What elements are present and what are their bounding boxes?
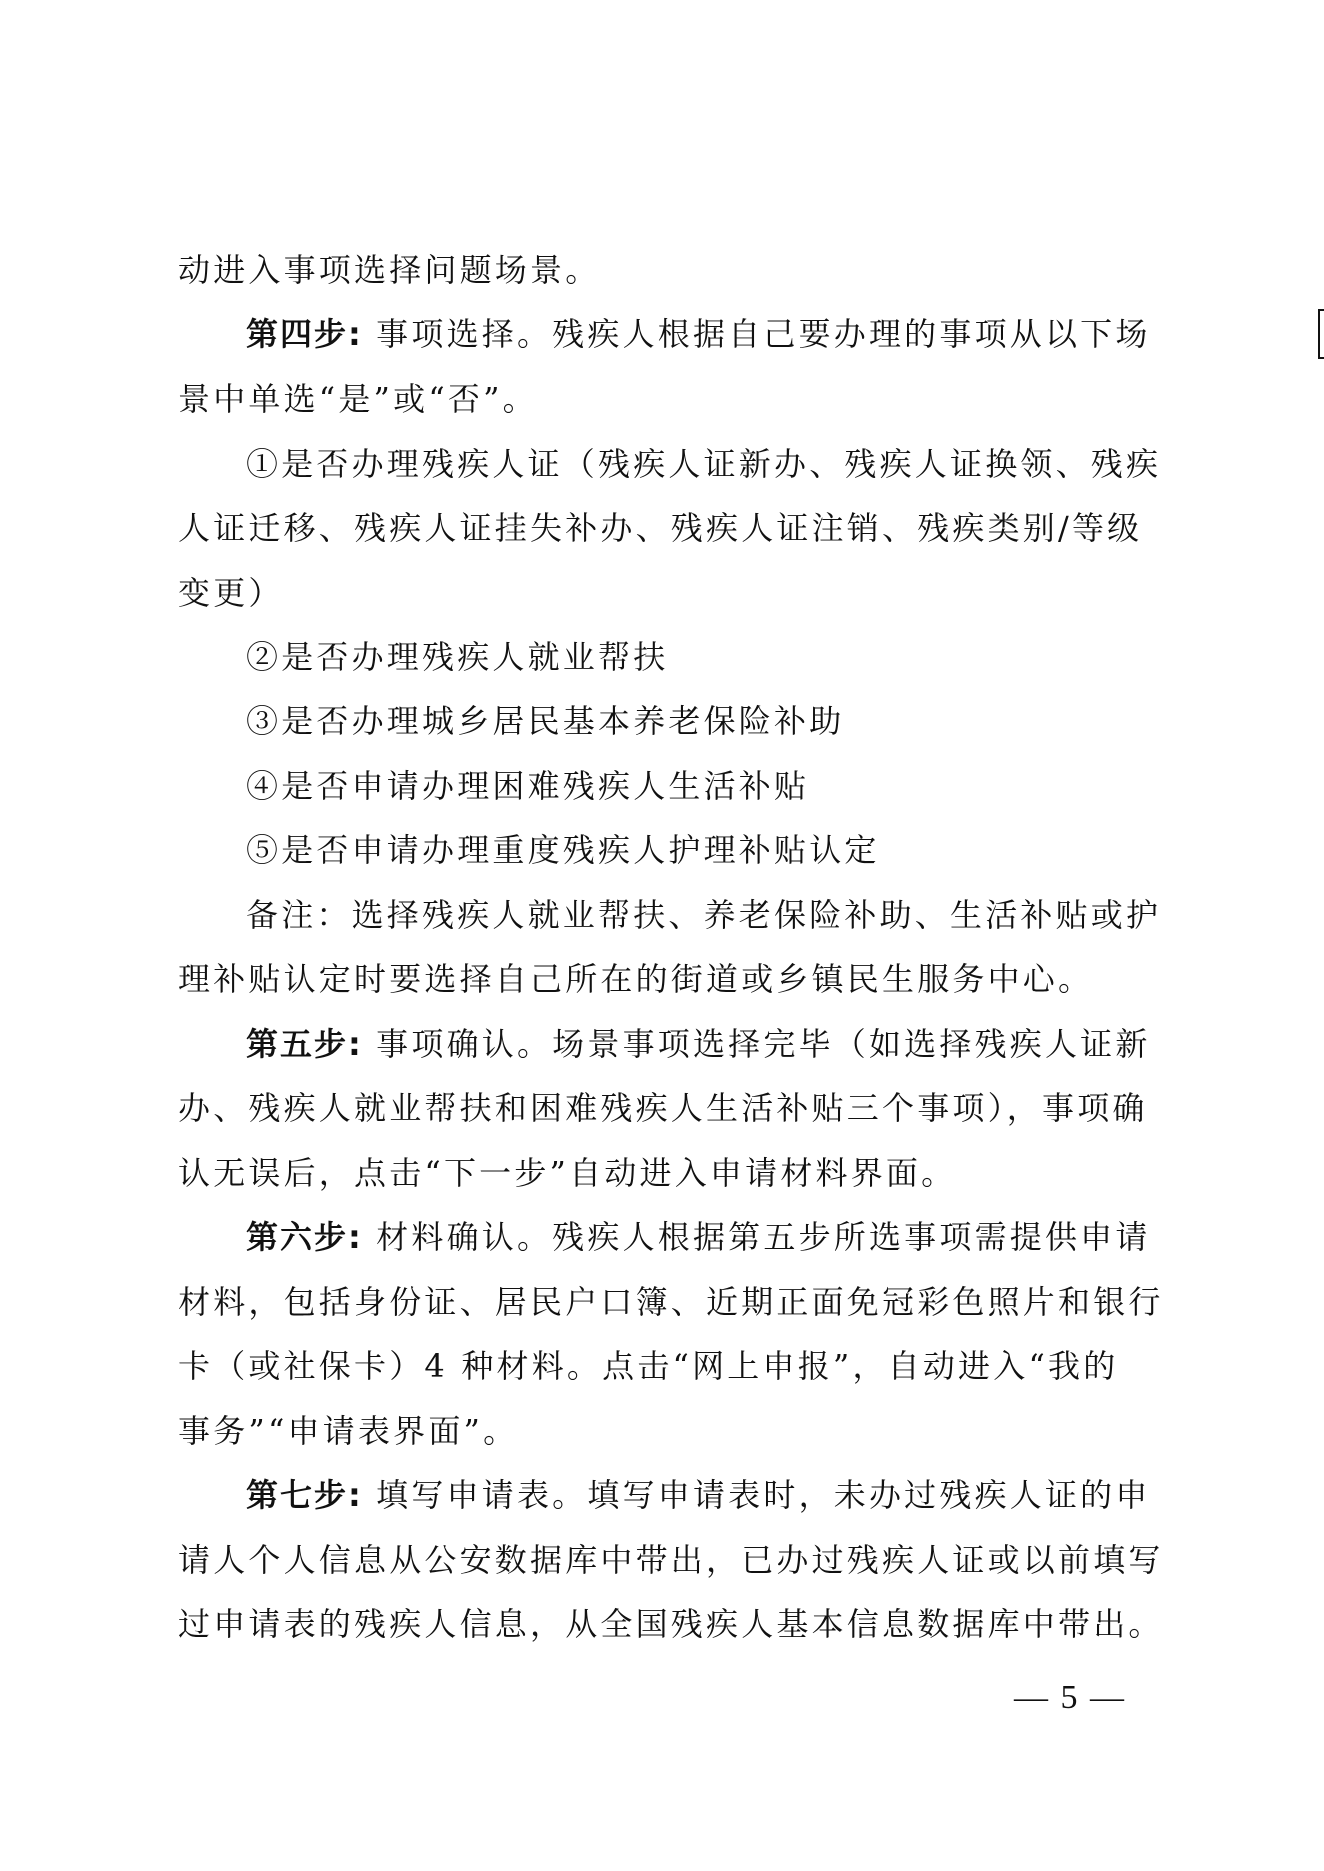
step-label: 第五步: bbox=[246, 1025, 363, 1063]
text-line: 动进入事项选择问题场景。 bbox=[178, 250, 1158, 290]
text-line: 请人个人信息从公安数据库中带出，已办过残疾人证或以前填写 bbox=[178, 1540, 1158, 1580]
note-paragraph: 备注：选择残疾人就业帮扶、养老保险补助、生活补贴或护 bbox=[246, 895, 1226, 935]
text-line: 卡（或社保卡）4 种材料。点击“网上申报”，自动进入“我的 bbox=[178, 1346, 1158, 1386]
text-line: 变更） bbox=[178, 573, 1158, 613]
option-item-4: ④是否申请办理困难残疾人生活补贴 bbox=[246, 766, 1226, 806]
option-item-5: ⑤是否申请办理重度残疾人护理补贴认定 bbox=[246, 830, 1226, 870]
document-page: 动进入事项选择问题场景。 第四步: 事项选择。残疾人根据自己要办理的事项从以下场… bbox=[0, 0, 1324, 1871]
text-line: 认无误后，点击“下一步”自动进入申请材料界面。 bbox=[178, 1153, 1158, 1193]
step-label: 第七步: bbox=[246, 1476, 363, 1514]
step-five-paragraph: 第五步: 事项确认。场景事项选择完毕（如选择残疾人证新 bbox=[246, 1024, 1226, 1064]
text-span: 事项确认。场景事项选择完毕（如选择残疾人证新 bbox=[363, 1025, 1151, 1063]
text-line: 人证迁移、残疾人证挂失补办、残疾人证注销、残疾类别/等级 bbox=[178, 508, 1158, 548]
text-line: 过申请表的残疾人信息，从全国残疾人基本信息数据库中带出。 bbox=[178, 1604, 1158, 1644]
text-line: 理补贴认定时要选择自己所在的街道或乡镇民生服务中心。 bbox=[178, 959, 1158, 999]
binding-mark bbox=[1318, 309, 1324, 359]
text-span: 事项选择。残疾人根据自己要办理的事项从以下场 bbox=[363, 315, 1151, 353]
page-number: — 5 — bbox=[1014, 1678, 1126, 1718]
step-four-paragraph: 第四步: 事项选择。残疾人根据自己要办理的事项从以下场 bbox=[246, 314, 1226, 354]
text-span: 材料确认。残疾人根据第五步所选事项需提供申请 bbox=[363, 1218, 1151, 1256]
text-line: 材料，包括身份证、居民户口簿、近期正面免冠彩色照片和银行 bbox=[178, 1282, 1158, 1322]
step-six-paragraph: 第六步: 材料确认。残疾人根据第五步所选事项需提供申请 bbox=[246, 1217, 1226, 1257]
option-item-1: ①是否办理残疾人证（残疾人证新办、残疾人证换领、残疾 bbox=[246, 444, 1226, 484]
step-label: 第四步: bbox=[246, 315, 363, 353]
text-span: 填写申请表。填写申请表时，未办过残疾人证的申 bbox=[363, 1476, 1151, 1514]
text-line: 景中单选“是”或“否”。 bbox=[178, 379, 1158, 419]
option-item-2: ②是否办理残疾人就业帮扶 bbox=[246, 637, 1226, 677]
option-item-3: ③是否办理城乡居民基本养老保险补助 bbox=[246, 701, 1226, 741]
text-line: 办、残疾人就业帮扶和困难残疾人生活补贴三个事项），事项确 bbox=[178, 1088, 1158, 1128]
text-line: 事务”“申请表界面”。 bbox=[178, 1411, 1158, 1451]
step-seven-paragraph: 第七步: 填写申请表。填写申请表时，未办过残疾人证的申 bbox=[246, 1475, 1226, 1515]
step-label: 第六步: bbox=[246, 1218, 363, 1256]
